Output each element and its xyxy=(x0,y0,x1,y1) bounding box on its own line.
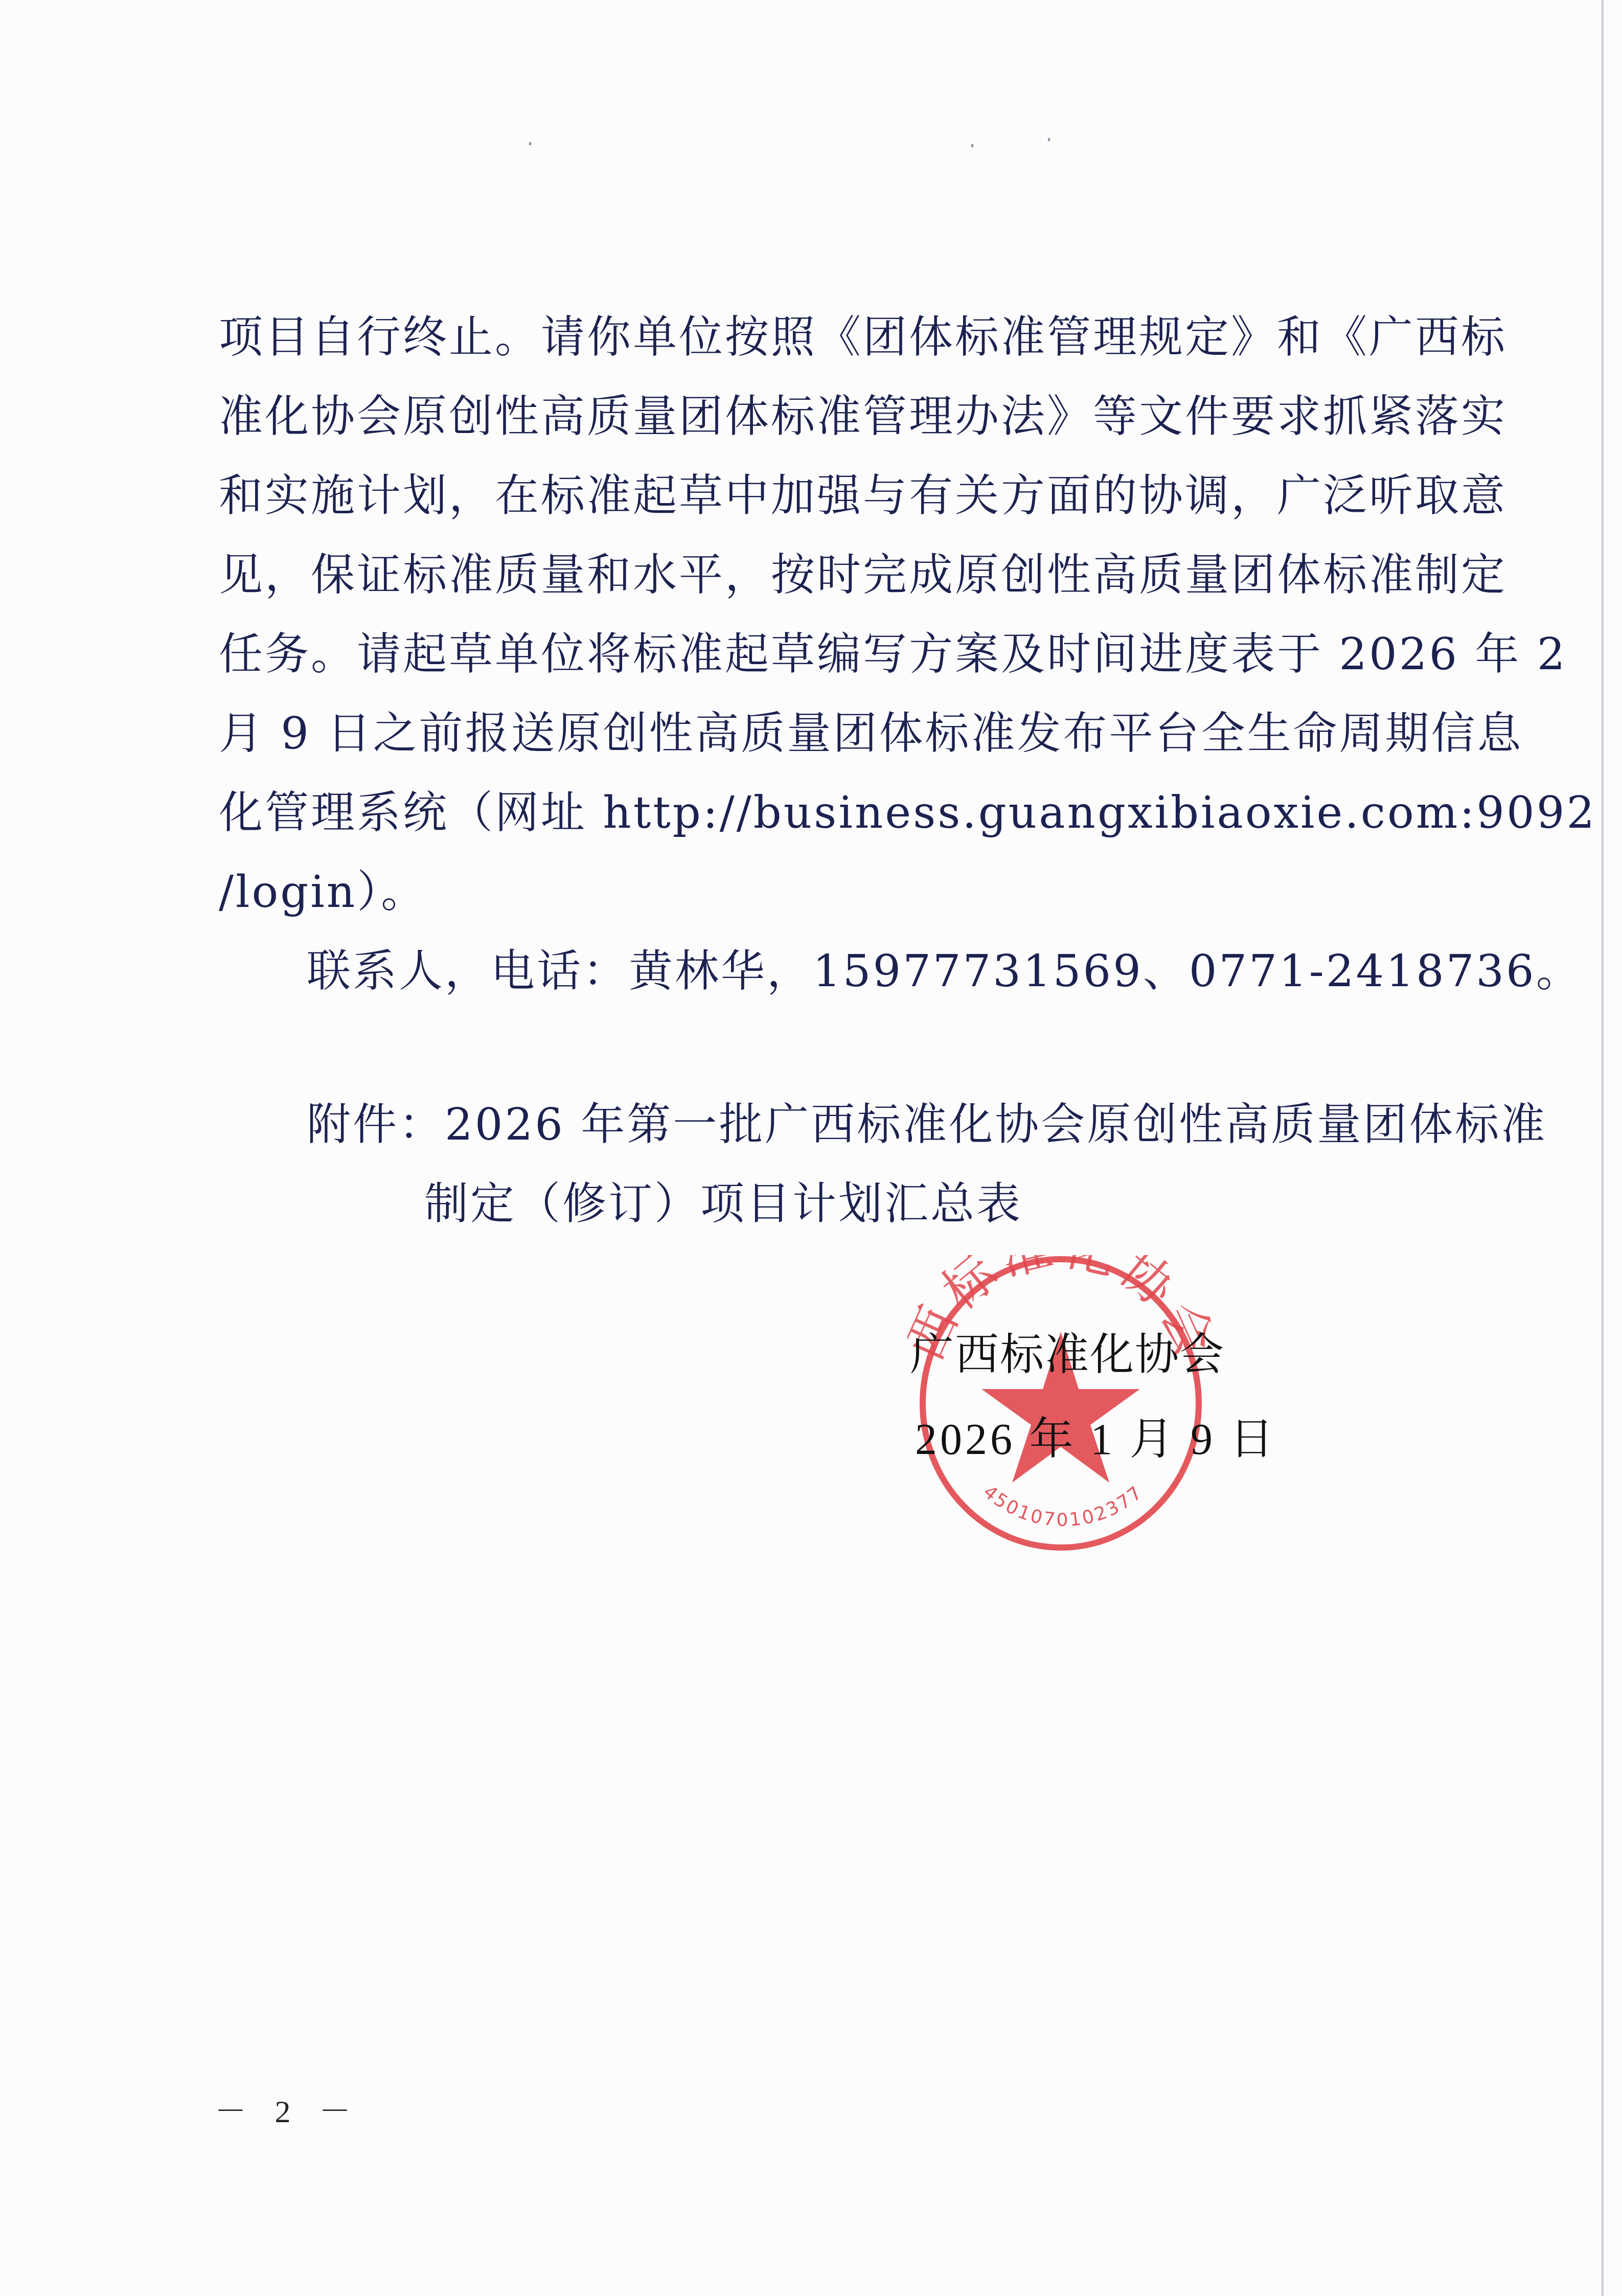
body-line-8: /login）。 xyxy=(219,864,1410,920)
body-line-3: 和实施计划，在标准起草中加强与有关方面的协调，广泛听取意 xyxy=(219,468,1410,524)
body-line-1: 项目自行终止。请你单位按照《团体标准管理规定》和《广西标 xyxy=(219,309,1410,366)
page-number: － 2 － xyxy=(215,2086,361,2131)
body-line-7-url: 化管理系统（网址 http://business.guangxibiaoxie.… xyxy=(219,785,1410,841)
body-line-6: 月 9 日之前报送原创性高质量团体标准发布平台全生命周期信息 xyxy=(219,706,1410,762)
body-line-2: 准化协会原创性高质量团体标准管理办法》等文件要求抓紧落实 xyxy=(219,389,1410,445)
signature-date: 2026 年 1 月 9 日 xyxy=(915,1411,1277,1467)
attachment-line-2: 制定（修订）项目计划汇总表 xyxy=(424,1176,1022,1232)
document-page: 项目自行终止。请你单位按照《团体标准管理规定》和《广西标 准化协会原创性高质量团… xyxy=(0,0,1622,2296)
scan-speck xyxy=(971,144,973,147)
body-line-5: 任务。请起草单位将标准起草编写方案及时间进度表于 2026 年 2 xyxy=(219,626,1410,683)
signature-organization: 广西标准化协会 xyxy=(910,1327,1225,1383)
svg-text:4501070102377: 4501070102377 xyxy=(979,1482,1147,1531)
scan-speck xyxy=(1048,138,1050,141)
official-seal-icon: 西标准化协会 4501070102377 xyxy=(907,1255,1214,1552)
scan-speck xyxy=(529,142,531,145)
scan-edge-line xyxy=(1602,0,1604,2296)
contact-info: 联系人，电话：黄林华，15977731569、0771-2418736。 xyxy=(307,943,1582,999)
attachment-line-1: 附件：2026 年第一批广西标准化协会原创性高质量团体标准 xyxy=(307,1097,1411,1153)
body-line-4: 见，保证标准质量和水平，按时完成原创性高质量团体标准制定 xyxy=(219,547,1410,603)
